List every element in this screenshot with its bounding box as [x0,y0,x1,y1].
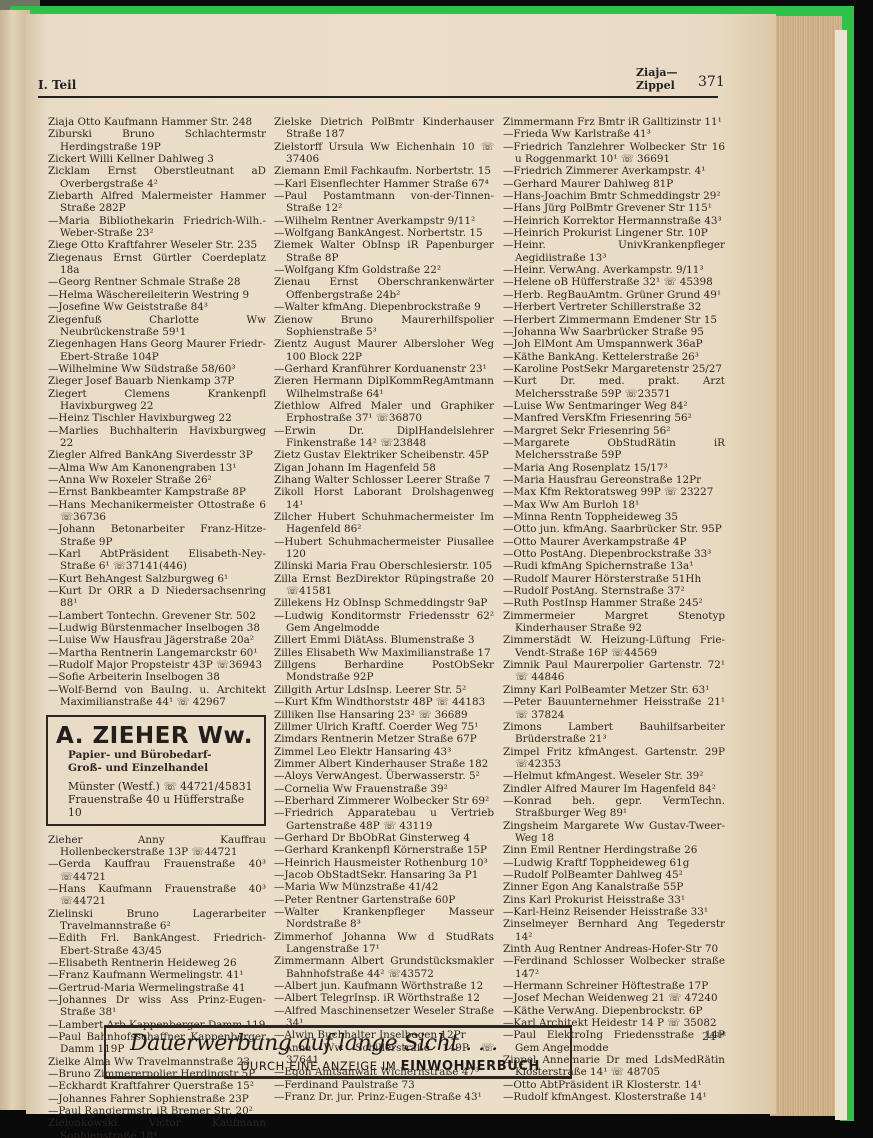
directory-entry: —Ruth PostInsp Hammer Straße 245² [503,597,725,609]
directory-entry: —Aloys VerwAngest. Überwasserstr. 5² [274,770,494,782]
directory-entry: —Gerda Kauffrau Frauenstraße 40³ ☏44721 [48,858,266,883]
directory-entry: Ziegert Clemens Krankenpfl Havixburgweg … [48,388,266,413]
directory-entry: —Gerhard Kranführer Korduanenstr 23¹ [274,363,494,375]
directory-entry: —Friedrich Tanzlehrer Wolbecker Str 16 u… [503,141,725,166]
directory-entry: —Heinr. VerwAng. Averkampstr. 9/11³ [503,264,725,276]
directory-entry: Zielinski Bruno Lagerarbeiter Travelmann… [48,908,266,933]
directory-entry: —Rudolf Maurer Hörsterstraße 51Hh [503,573,725,585]
directory-entry: —Johann Betonarbeiter Franz-Hitze-Straße… [48,523,266,548]
directory-entry: —Johannes Dr wiss Ass Prinz-Eugen-Straße… [48,994,266,1019]
ad-subline: DURCH EINE ANZEIGE IM EINWOHNERBUCH [240,1059,540,1074]
directory-entry: —Ludwig Bürstenmacher Inselbogen 38 [48,622,266,634]
directory-entry: Zillmer Ulrich Kraftf. Coerder Weg 75¹ [274,721,494,733]
directory-entry: —Frieda Ww Karlstraße 41³ [503,128,725,140]
column-2: Zielske Dietrich PolBmtr Kinderhauser St… [274,116,494,1104]
column-3: Zimmermann Frz Bmtr iR Galltizinstr 11¹—… [503,116,725,1104]
directory-entry: Zillgith Artur LdsInsp. Leerer Str. 5² [274,684,494,696]
directory-entry: —Helmut kfmAngest. Weseler Str. 39² [503,770,725,782]
directory-entry: Ziegenaus Ernst Gürtler Coerdeplatz 18a [48,252,266,277]
directory-entry: Zins Karl Prokurist Heisstraße 33¹ [503,894,725,906]
ad-line-1: Papier- und Bürobedarf- [56,749,256,762]
directory-entry: —Rudi kfmAng Spichernstraße 13a¹ [503,560,725,572]
directory-entry: —Otto jun. kfmAng. Saarbrücker Str. 95P [503,523,725,535]
directory-entry: Zigan Johann Im Hagenfeld 58 [274,462,494,474]
directory-entry: Zieger Josef Bauarb Nienkamp 37P [48,375,266,387]
directory-entry: Zimmer Albert Kinderhauser Straße 182 [274,758,494,770]
directory-entry: —Heinrich Prokurist Lingener Str. 10P [503,227,725,239]
column-1-entries: Ziaja Otto Kaufmann Hammer Str. 248Zibur… [48,116,266,709]
directory-entry: —Hans Jürg PolBmtr Grevener Str 115¹ [503,202,725,214]
directory-entry: —Gerhard Maurer Dahlweg 81P [503,178,725,190]
directory-entry: —Marlies Buchhalterin Havixburgweg 22 [48,425,266,450]
directory-entry: —Karl-Heinz Reisender Heisstraße 33¹ [503,906,725,918]
directory-entry: —Gertrud-Maria Wermelingstraße 41 [48,982,266,994]
directory-entry: —Eberhard Zimmerer Wolbecker Str 69² [274,795,494,807]
column-3-entries: Zimmermann Frz Bmtr iR Galltizinstr 11¹—… [503,116,725,1104]
directory-entry: Zinth Aug Rentner Andreas-Hofer-Str 70 [503,943,725,955]
directory-entry: —Joh ElMont Am Umspannwerk 36aP [503,338,725,350]
directory-entry: —Edith Frl. BankAngest. Friedrich-Ebert-… [48,932,266,957]
directory-entry: Ziaja Otto Kaufmann Hammer Str. 248 [48,116,266,128]
directory-entry: Ziegler Alfred BankAng Siverdesstr 3P [48,449,266,461]
directory-entry: —Hubert Schuhmachermeister Piusallee 120 [274,536,494,561]
page-edge-stack [770,16,842,1116]
directory-entry: Zindler Alfred Maurer Im Hagenfeld 84² [503,783,725,795]
range-from: Ziaja— [636,66,677,79]
directory-entry: —Josef Mechan Weidenweg 21 ☏ 47240 [503,992,725,1004]
ad-address-2: Frauenstraße 40 u Hüfferstraße 10 [56,793,256,819]
directory-entry: —Hans Mechanikermeister Ottostraße 6 ☏36… [48,499,266,524]
directory-entry: —Manfred VersKfm Friesenring 56² [503,412,725,424]
column-2-entries: Zielske Dietrich PolBmtr Kinderhauser St… [274,116,494,1104]
directory-entry: —Martha Rentnerin Langemarckstr 60¹ [48,647,266,659]
directory-entry: —Herbert Vertreter Schillerstraße 32 [503,301,725,313]
directory-entry: —Minna Rentn Toppheideweg 35 [503,511,725,523]
directory-entry: Zilliken Ilse Hansaring 23² ☏ 36689 [274,709,494,721]
directory-entry: —Maria Ang Rosenplatz 15/17³ [503,462,725,474]
directory-entry: Zieren Hermann DiplKommRegAmtmann Wilhel… [274,375,494,400]
directory-entry: —Alma Ww Am Kanonengraben 13¹ [48,462,266,474]
directory-entry: Zieher Anny Kauffrau Hollenbeckerstraße … [48,834,266,859]
directory-entry: —Heinz Tischler Havixburgweg 22 [48,412,266,424]
directory-entry: Zickert Willi Kellner Dahlweg 3 [48,153,266,165]
directory-entry: —Hans Kaufmann Frauenstraße 40³ ☏44721 [48,883,266,908]
directory-entry: —Herb. RegBauAmtm. Grüner Grund 49¹ [503,289,725,301]
directory-entry: —Paul Rangiermstr. iR Bremer Str. 20² [48,1105,266,1117]
ad-brand: EINWOHNERBUCH [401,1059,540,1074]
directory-entry: —Walter kfmAng. Diepenbrockstraße 9 [274,301,494,313]
directory-entry: Zillekens Hz ObInsp Schmeddingstr 9aP [274,597,494,609]
directory-entry: —Hermann Schreiner Höftestraße 17P [503,980,725,992]
directory-entry: —Peter Rentner Gartenstraße 60P [274,894,494,906]
directory-entry: —Franz Dr. jur. Prinz-Eugen-Straße 43¹ [274,1091,494,1103]
directory-entry: Zimnik Paul Maurerpolier Gartenstr. 72¹ … [503,659,725,684]
directory-entry: Ziegenhagen Hans Georg Maurer Friedr-Ebe… [48,338,266,363]
directory-entry: Ziege Otto Kraftfahrer Weseler Str. 235 [48,239,266,251]
directory-entry: Zienow Bruno Maurerhilfspolier Sophienst… [274,314,494,339]
directory-entry: Zimmermeier Margret Stenotyp Kinderhause… [503,610,725,635]
directory-entry: Zimmermann Frz Bmtr iR Galltizinstr 11¹ [503,116,725,128]
directory-entry: —Wilhelm Rentner Averkampstr 9/11² [274,215,494,227]
directory-entry: —Georg Rentner Schmale Straße 28 [48,276,266,288]
directory-entry: Zinselmeyer Bernhard Ang Tegederstr 14² [503,918,725,943]
column-1-entries-after-ad: Zieher Anny Kauffrau Hollenbeckerstraße … [48,834,266,1138]
directory-entry: —Johanna Ww Saarbrücker Straße 95 [503,326,725,338]
directory-entry: —Kurt Dr ORR a D Niedersachsenring 88¹ [48,585,266,610]
directory-entry: Zingsheim Margarete Ww Gustav-Tweer-Weg … [503,820,725,845]
directory-entry: —Maria Ww Münzstraße 41/42 [274,881,494,893]
directory-entry: —Käthe BankAng. Kettelerstraße 26³ [503,351,725,363]
directory-entry: —Konrad beh. gepr. VermTechn. Straßburge… [503,795,725,820]
directory-entry: Zimmerhof Johanna Ww d StudRats Langenst… [274,931,494,956]
directory-entry: —Elisabeth Rentnerin Heideweg 26 [48,957,266,969]
directory-entry: —Rudolf PolBeamter Dahlweg 45² [503,869,725,881]
directory-entry: —Cornelia Ww Frauenstraße 39² [274,783,494,795]
directory-entry: Zilinski Maria Frau Oberschlesierstr. 10… [274,560,494,572]
directory-entry: Ziemek Walter ObInsp iR Papenburger Stra… [274,239,494,264]
directory-entry: Zilles Elisabeth Ww Maximilianstraße 17 [274,647,494,659]
directory-entry: —Max Kfm Rektoratsweg 99P ☏ 23227 [503,486,725,498]
directory-entry: —Maria Hausfrau Gereonstraße 12Pr [503,474,725,486]
directory-entry: Zimmermann Albert Grundstücksmakler Bahn… [274,955,494,980]
directory-entry: Zillert Emmi DiätAss. Blumenstraße 3 [274,634,494,646]
directory-entry: Ziegenfuß Charlotte Ww Neubrückenstraße … [48,314,266,339]
column-1: Ziaja Otto Kaufmann Hammer Str. 248Zibur… [48,116,266,1138]
directory-entry: —Wolf-Bernd von BauIng. u. Architekt Max… [48,684,266,709]
advertisement-zieher: A. ZIEHER Ww. Papier- und Bürobedarf- Gr… [46,715,266,826]
range-to: Zippel [636,79,677,92]
page-number: 371 [698,74,725,90]
printer-signature: 24¹* [702,1030,726,1043]
ad-slogan: Dauerwerbung auf lange Sicht . . . [130,1031,498,1056]
directory-entry: —Erwin Dr. DiplHandelslehrer Finkenstraß… [274,425,494,450]
directory-entry: —Otto AbtPräsident iR Klosterstr. 14¹ [503,1079,725,1091]
header-rule [38,96,718,98]
directory-entry: —Otto Maurer Averkampstraße 4P [503,536,725,548]
directory-entry: —Wolfgang BankAngest. Norbertstr. 15 [274,227,494,239]
directory-entry: —Hans-Joachim Bmtr Schmeddingstr 29² [503,190,725,202]
ad-line-2: Groß- und Einzelhandel [56,762,256,775]
directory-entry: —Kurt Dr. med. prakt. Arzt Melchersstraß… [503,375,725,400]
advertisement-einwohnerbuch: Dauerwerbung auf lange Sicht . . . DURCH… [104,1025,572,1079]
directory-entry: Zienau Ernst Oberschrankenwärter Offenbe… [274,276,494,301]
directory-entry: —Gerhard Dr BbObRat Ginsterweg 4 [274,832,494,844]
directory-entry: —Heinr. UnivKrankenpfleger Aegidiistraße… [503,239,725,264]
ad-title: A. ZIEHER Ww. [56,723,256,749]
directory-entry: —Wilhelmine Ww Südstraße 58/60³ [48,363,266,375]
book-cover-edge [835,30,847,1120]
directory-entry: —Heinrich Hausmeister Rothenburg 10³ [274,857,494,869]
directory-entry: —Ludwig Konditormstr Friedensstr 62² Gem… [274,610,494,635]
directory-entry: —Josefine Ww Geiststraße 84³ [48,301,266,313]
section-heading: I. Teil [38,78,76,92]
directory-entry: —Lambert Tontechn. Grevener Str. 502 [48,610,266,622]
directory-entry: —Albert TelegrInsp. iR Wörthstraße 12 [274,992,494,1004]
directory-entry: —Karoline PostSekr Margaretenstr 25/27 [503,363,725,375]
directory-entry: Zielske Dietrich PolBmtr Kinderhauser St… [274,116,494,141]
directory-entry: —Paul Postamtmann von-der-Tinnen-Straße … [274,190,494,215]
directory-entry: Zilla Ernst BezDirektor Rüpingstraße 20 … [274,573,494,598]
directory-entry: —Anna Ww Roxeler Straße 26² [48,474,266,486]
directory-entry: —Kurt BehAngest Salzburgweg 6¹ [48,573,266,585]
directory-entry: —Karl Eisenflechter Hammer Straße 67⁴ [274,178,494,190]
directory-entry: Zihang Walter Schlosser Leerer Straße 7 [274,474,494,486]
directory-entry: Zimdars Rentnerin Metzer Straße 67P [274,733,494,745]
directory-entry: —Rudolf Major Propsteistr 43P ☏36943 [48,659,266,671]
directory-entry: —Max Ww Am Burloh 18¹ [503,499,725,511]
directory-entry: Ziemann Emil Fachkaufm. Norbertstr. 15 [274,165,494,177]
directory-entry: Zimpel Fritz kfmAngest. Gartenstr. 29P ☏… [503,746,725,771]
directory-entry: Ziburski Bruno Schlachtermstr Herdingstr… [48,128,266,153]
directory-entry: —Franz Kaufmann Wermelingstr. 41¹ [48,969,266,981]
directory-entry: —Jacob ObStadtSekr. Hansaring 3a P1 [274,869,494,881]
directory-entry: —Walter Krankenpfleger Masseur Nordstraß… [274,906,494,931]
directory-entry: —Otto PostAng. Diepenbrockstraße 33³ [503,548,725,560]
directory-entry: —Friedrich Zimmerer Averkampstr. 4¹ [503,165,725,177]
directory-entry: —Rudolf PostAng. Sternstraße 37² [503,585,725,597]
directory-entry: —Friedrich Apparatebau u Vertrieb Garten… [274,807,494,832]
directory-entry: —Peter Bauunternehmer Heisstraße 21¹ ☏ 3… [503,696,725,721]
directory-entry: —Helma Wäschereileiterin Westring 9 [48,289,266,301]
directory-entry: Zinn Emil Rentner Herdingstraße 26 [503,844,725,856]
directory-entry: —Margret Sekr Friesenring 56² [503,425,725,437]
ad-address-1: Münster (Westf.) ☏ 44721/45831 [56,780,256,793]
ad-subline-prefix: DURCH EINE ANZEIGE IM [240,1059,400,1073]
directory-entry: —Wolfgang Kfm Goldstraße 22² [274,264,494,276]
directory-entry: Zielonkowski Victor Kaufmann Sophienstra… [48,1117,266,1138]
directory-entry: Zikoll Horst Laborant Drolshagenweg 14¹ [274,486,494,511]
directory-entry: —Rudolf kfmAngest. Klosterstraße 14¹ [503,1091,725,1103]
directory-entry: —Heinrich Korrektor Hermannstraße 43³ [503,215,725,227]
directory-entry: —Karl AbtPräsident Elisabeth-Ney-Straße … [48,548,266,573]
directory-entry: —Albert jun. Kaufmann Wörthstraße 12 [274,980,494,992]
directory-entry: —Herbert Zimmermann Emdener Str 15 [503,314,725,326]
directory-entry: —Luise Ww Hausfrau Jägerstraße 20a² [48,634,266,646]
directory-entry: —Helene oB Hüfferstraße 32¹ ☏ 45398 [503,276,725,288]
directory-entry: Zilcher Hubert Schuhmachermeister Im Hag… [274,511,494,536]
running-head-range: Ziaja— Zippel [636,66,677,92]
directory-entry: Zientz August Maurer Albersloher Weg 100… [274,338,494,363]
directory-entry: —Maria Bibliothekarin Friedrich-Wilh.-We… [48,215,266,240]
directory-entry: Ziethlow Alfred Maler und Graphiker Erph… [274,400,494,425]
directory-entry: —Ludwig Kraftf Toppheideweg 61g [503,857,725,869]
directory-entry: —Ernst Bankbeamter Kampstraße 8P [48,486,266,498]
directory-entry: —Johannes Fahrer Sophienstraße 23P [48,1093,266,1105]
directory-entry: Zimmerstädt W. Heizung-Lüftung Frie-Vend… [503,634,725,659]
directory-entry: Ziebarth Alfred Malermeister Hammer Stra… [48,190,266,215]
directory-entry: —Kurt Kfm Windthorststr 48P ☏ 44183 [274,696,494,708]
directory-entry: —Ferdinand Paulstraße 73 [274,1079,494,1091]
directory-entry: —Käthe VerwAng. Diepenbrockstr. 6P [503,1005,725,1017]
directory-entry: Zinner Egon Ang Kanalstraße 55P [503,881,725,893]
directory-entry: Zimons Lambert Bauhilfsarbeiter Brüderst… [503,721,725,746]
directory-entry: Zimmel Leo Elektr Hansaring 43³ [274,746,494,758]
directory-entry: —Sofie Arbeiterin Inselbogen 38 [48,671,266,683]
directory-entry: —Luise Ww Sentmaringer Weg 84² [503,400,725,412]
directory-entry: —Ferdinand Schlosser Wolbecker straße 14… [503,955,725,980]
directory-entry: Zicklam Ernst Oberstleutnant aD Overberg… [48,165,266,190]
directory-entry: Zillgens Berhardine PostObSekr Mondstraß… [274,659,494,684]
directory-entry: Zimny Karl PolBeamter Metzer Str. 63¹ [503,684,725,696]
directory-entry: Zietz Gustav Elektriker Scheibenstr. 45P [274,449,494,461]
directory-entry: —Gerhard Krankenpfl Körnerstraße 15P [274,844,494,856]
directory-entry: Zielstorff Ursula Ww Eichenhain 10 ☏ 374… [274,141,494,166]
directory-entry: —Margarete ObStudRätin iR Melchersstraße… [503,437,725,462]
directory-entry: —Eckhardt Kraftfahrer Querstraße 15² [48,1080,266,1092]
